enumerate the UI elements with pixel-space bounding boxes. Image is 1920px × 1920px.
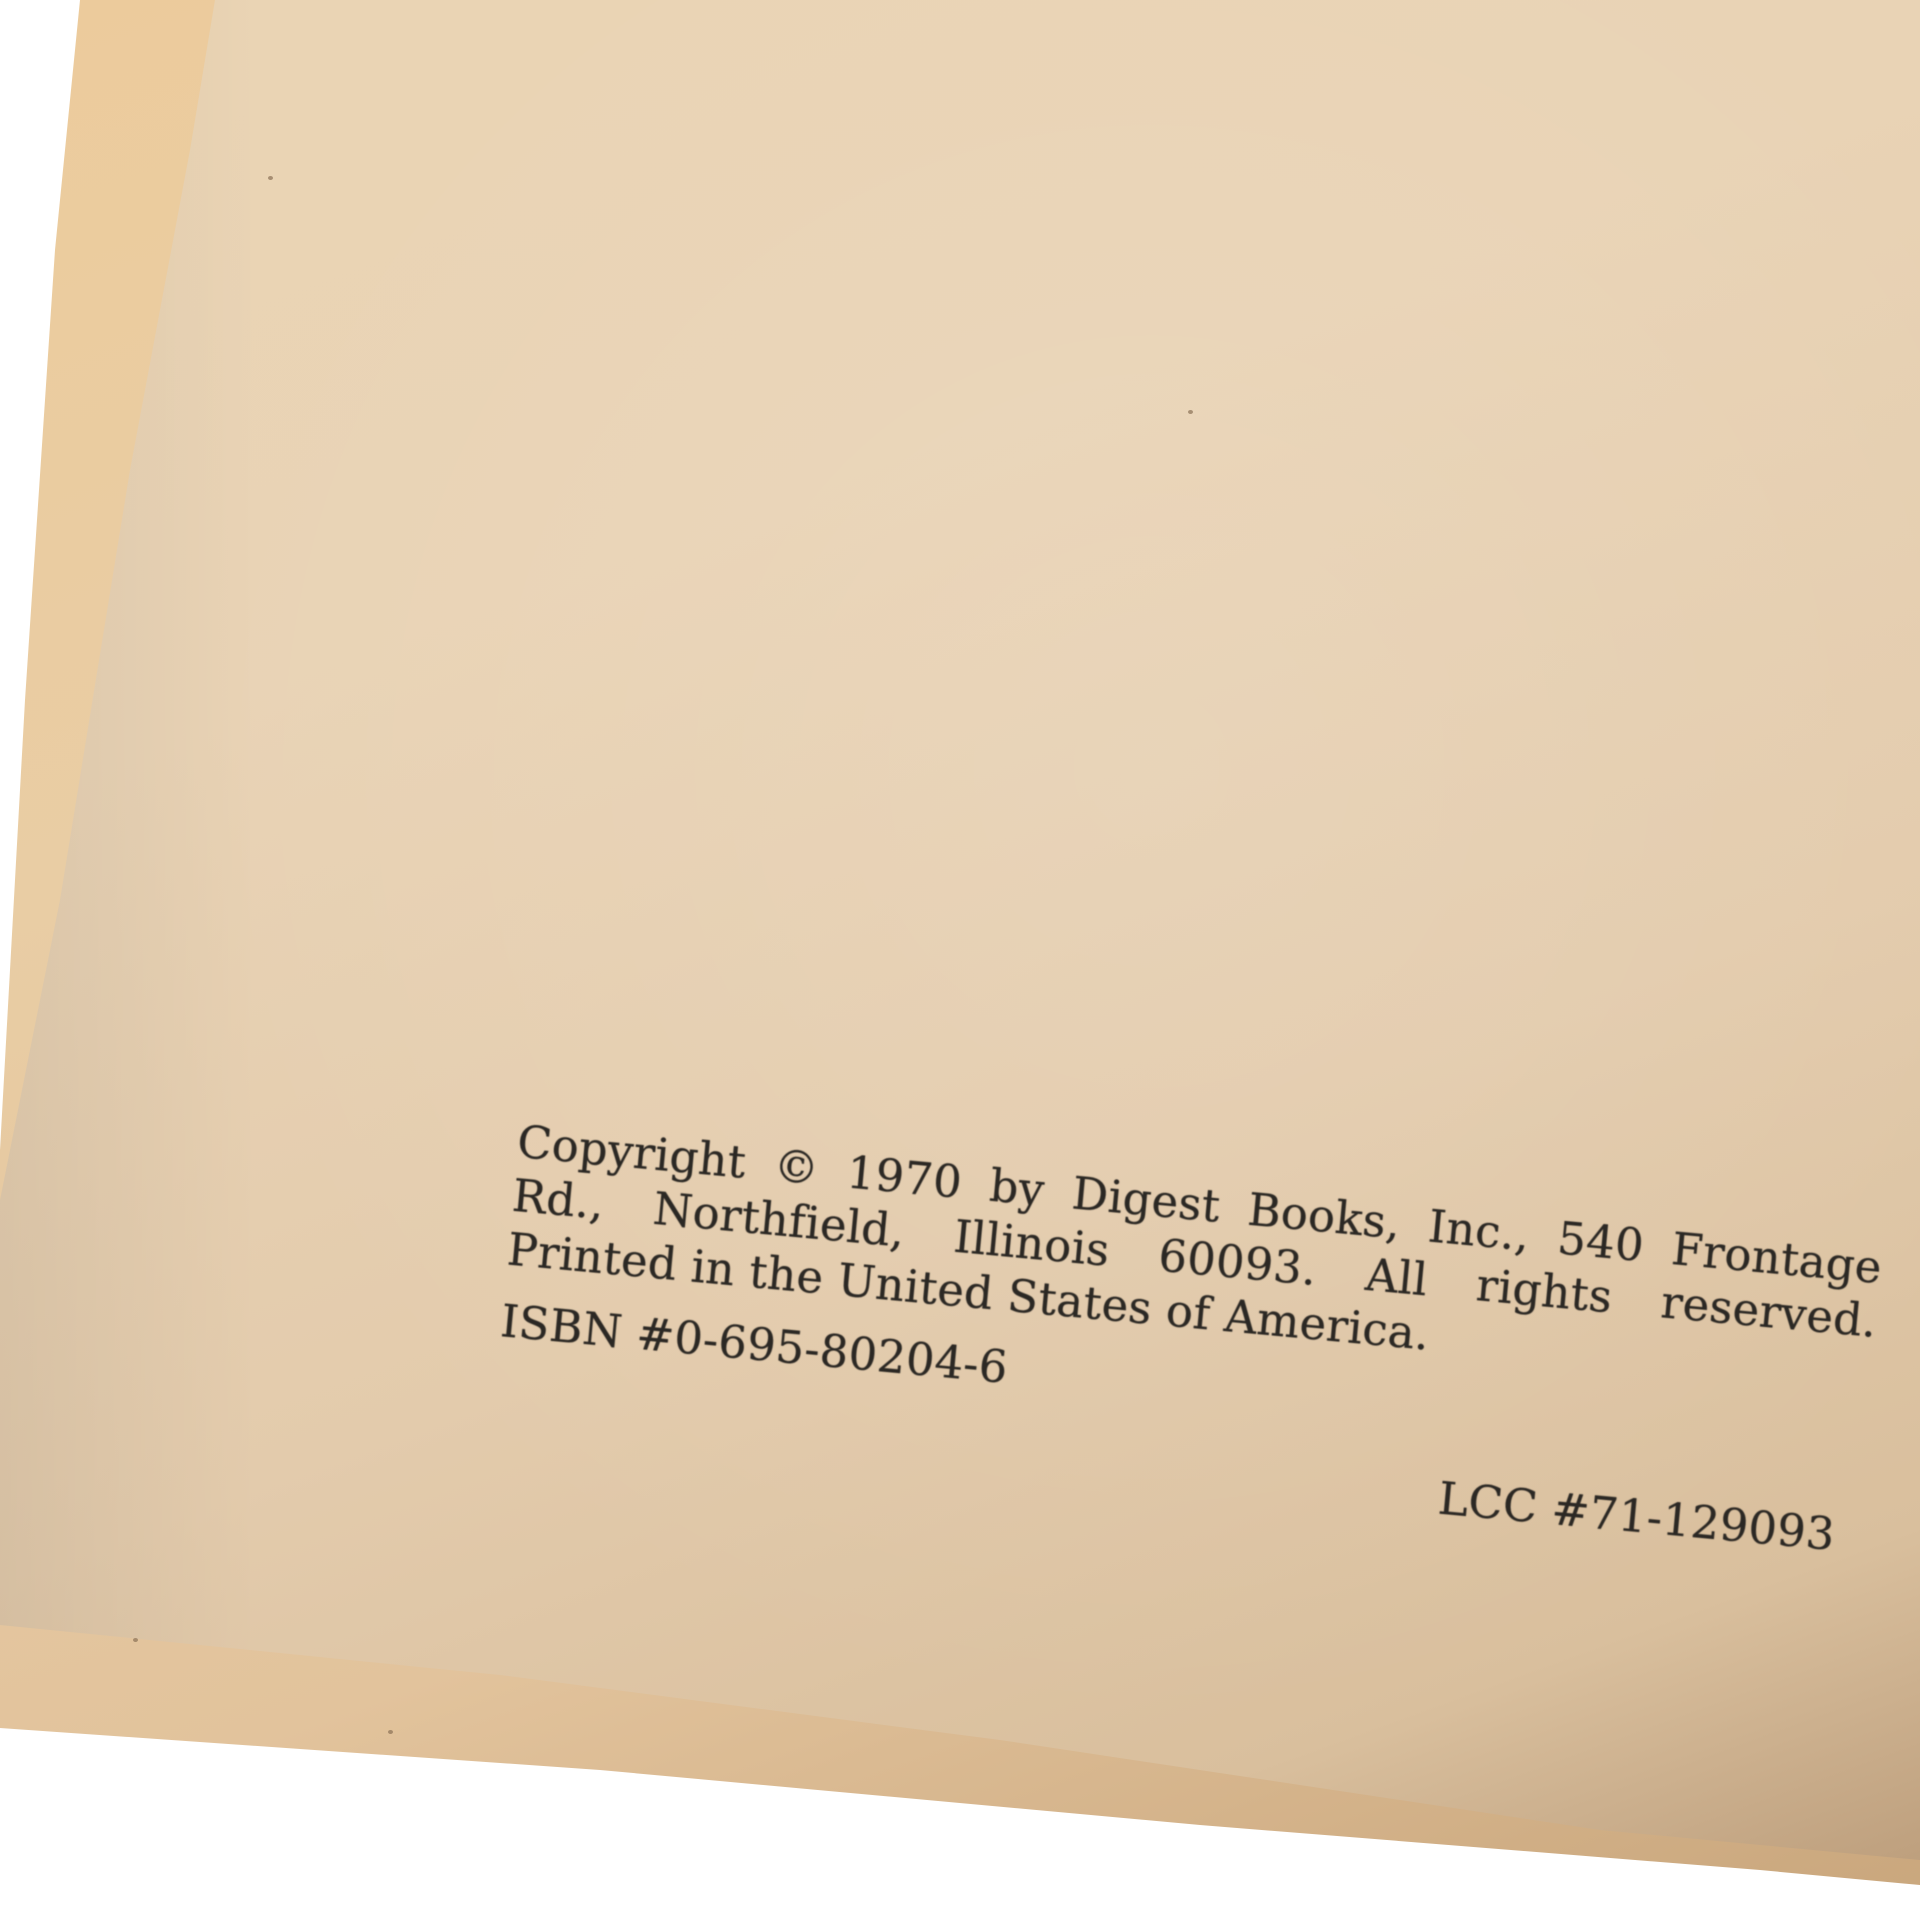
paper-speck [388,1730,393,1734]
paper-speck [133,1638,138,1642]
photo-scene: Copyright © 1970 by Digest Books, Inc., … [0,0,1920,1920]
paper-speck [268,176,273,180]
book-page [0,0,1920,1920]
paper-speck [1188,410,1193,414]
